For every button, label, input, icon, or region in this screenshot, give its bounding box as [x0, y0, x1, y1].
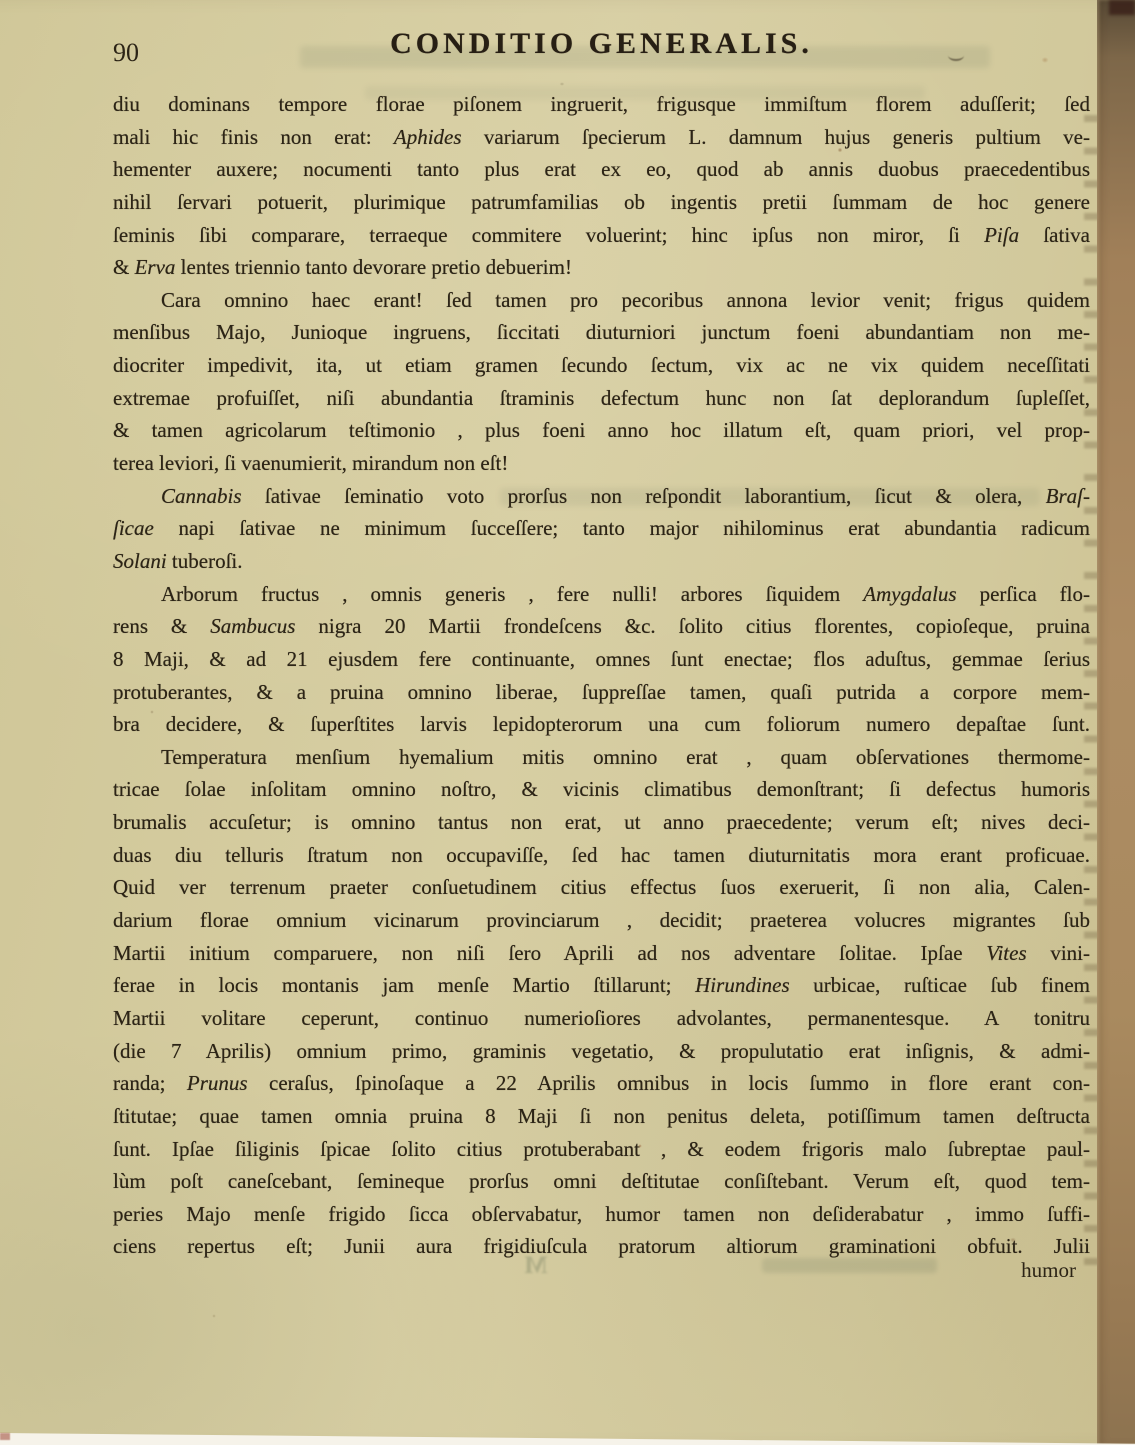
text-line: ſunt. Ipſae ſiliginis ſpicae ſolito citi… — [113, 1133, 1090, 1166]
text-line: Martii initium comparuere, non niſi ſero… — [113, 937, 1090, 970]
text-line: ſicae napi ſativae ne minimum ſucceſſere… — [113, 512, 1090, 545]
text-line: & Erva lentes triennio tanto devorare pr… — [113, 251, 1090, 284]
text-line: ſeminis ſibi comparare, terraeque commit… — [113, 219, 1090, 252]
text-line: darium florae omnium vicinarum provincia… — [113, 904, 1090, 937]
scan-edge — [0, 1429, 1135, 1445]
text-line: randa; Prunus ceraſus, ſpinoſaque a 22 A… — [113, 1067, 1090, 1100]
scan-edge-smudge — [0, 1433, 10, 1440]
text-line: terea leviori, ſi vaenumierit, mirandum … — [113, 447, 1090, 480]
text-line: menſibus Majo, Junioque ingruens, ſiccit… — [113, 316, 1090, 349]
text-line: extremae profuiſſet, niſi abundantia ſtr… — [113, 382, 1090, 415]
text-line: Temperatura menſium hyemalium mitis omni… — [113, 741, 1090, 774]
text-line: Solani tuberoſi. — [113, 545, 1090, 578]
scan-corner-shadow — [1109, 0, 1135, 15]
catchword: humor — [113, 1258, 1090, 1291]
text-line: mali hic finis non erat: Aphides variaru… — [113, 121, 1090, 154]
text-line: Cara omnino haec erant! ſed tamen pro pe… — [113, 284, 1090, 317]
text-line: hementer auxere; nocumenti tanto plus er… — [113, 153, 1090, 186]
text-line: (die 7 Aprilis) omnium primo, graminis v… — [113, 1035, 1090, 1068]
text-line: bra decidere, & ſuperſtites larvis lepid… — [113, 708, 1090, 741]
text-line: nihil ſervari potuerit, plurimique patru… — [113, 186, 1090, 219]
page-title: CONDITIO GENERALIS. — [113, 27, 1090, 61]
text-line: duas diu telluris ſtratum non occupaviſſ… — [113, 839, 1090, 872]
text-line: brumalis accuſetur; is omnino tantus non… — [113, 806, 1090, 839]
book-gutter-edge — [1097, 0, 1135, 1445]
text-line: Cannabis ſativae ſeminatio voto prorſus … — [113, 480, 1090, 513]
scanned-page: 90 CONDITIO GENERALIS. diu dominans temp… — [0, 0, 1135, 1445]
text-line: protuberantes, & a pruina omnino liberae… — [113, 676, 1090, 709]
text-line: 8 Maji, & ad 21 ejusdem fere continuante… — [113, 643, 1090, 676]
text-line: diu dominans tempore florae piſonem ingr… — [113, 88, 1090, 121]
text-line: Martii volitare ceperunt, continuo numer… — [113, 1002, 1090, 1035]
text-line: Arborum fructus , omnis generis , fere n… — [113, 578, 1090, 611]
text-line: lùm poſt caneſcebant, ſemineque prorſus … — [113, 1165, 1090, 1198]
ink-flourish — [948, 50, 964, 61]
text-line: Quid ver terrenum praeter conſuetudinem … — [113, 871, 1090, 904]
text-line: rens & Sambucus nigra 20 Martii frondeſc… — [113, 610, 1090, 643]
text-line: ſtitutae; quae tamen omnia pruina 8 Maji… — [113, 1100, 1090, 1133]
text-line: & tamen agricolarum teſtimonio , plus fo… — [113, 414, 1090, 447]
text-line: tricae ſolae inſolitam omnino noſtro, & … — [113, 773, 1090, 806]
text-line: diocriter impedivit, ita, ut etiam grame… — [113, 349, 1090, 382]
text-line: ferae in locis montanis jam menſe Martio… — [113, 969, 1090, 1002]
text-line: peries Majo menſe frigido ſicca obſervab… — [113, 1198, 1090, 1231]
ghost-signature-mark: M — [524, 1252, 548, 1280]
body-text: diu dominans tempore florae piſonem ingr… — [113, 88, 1090, 1263]
